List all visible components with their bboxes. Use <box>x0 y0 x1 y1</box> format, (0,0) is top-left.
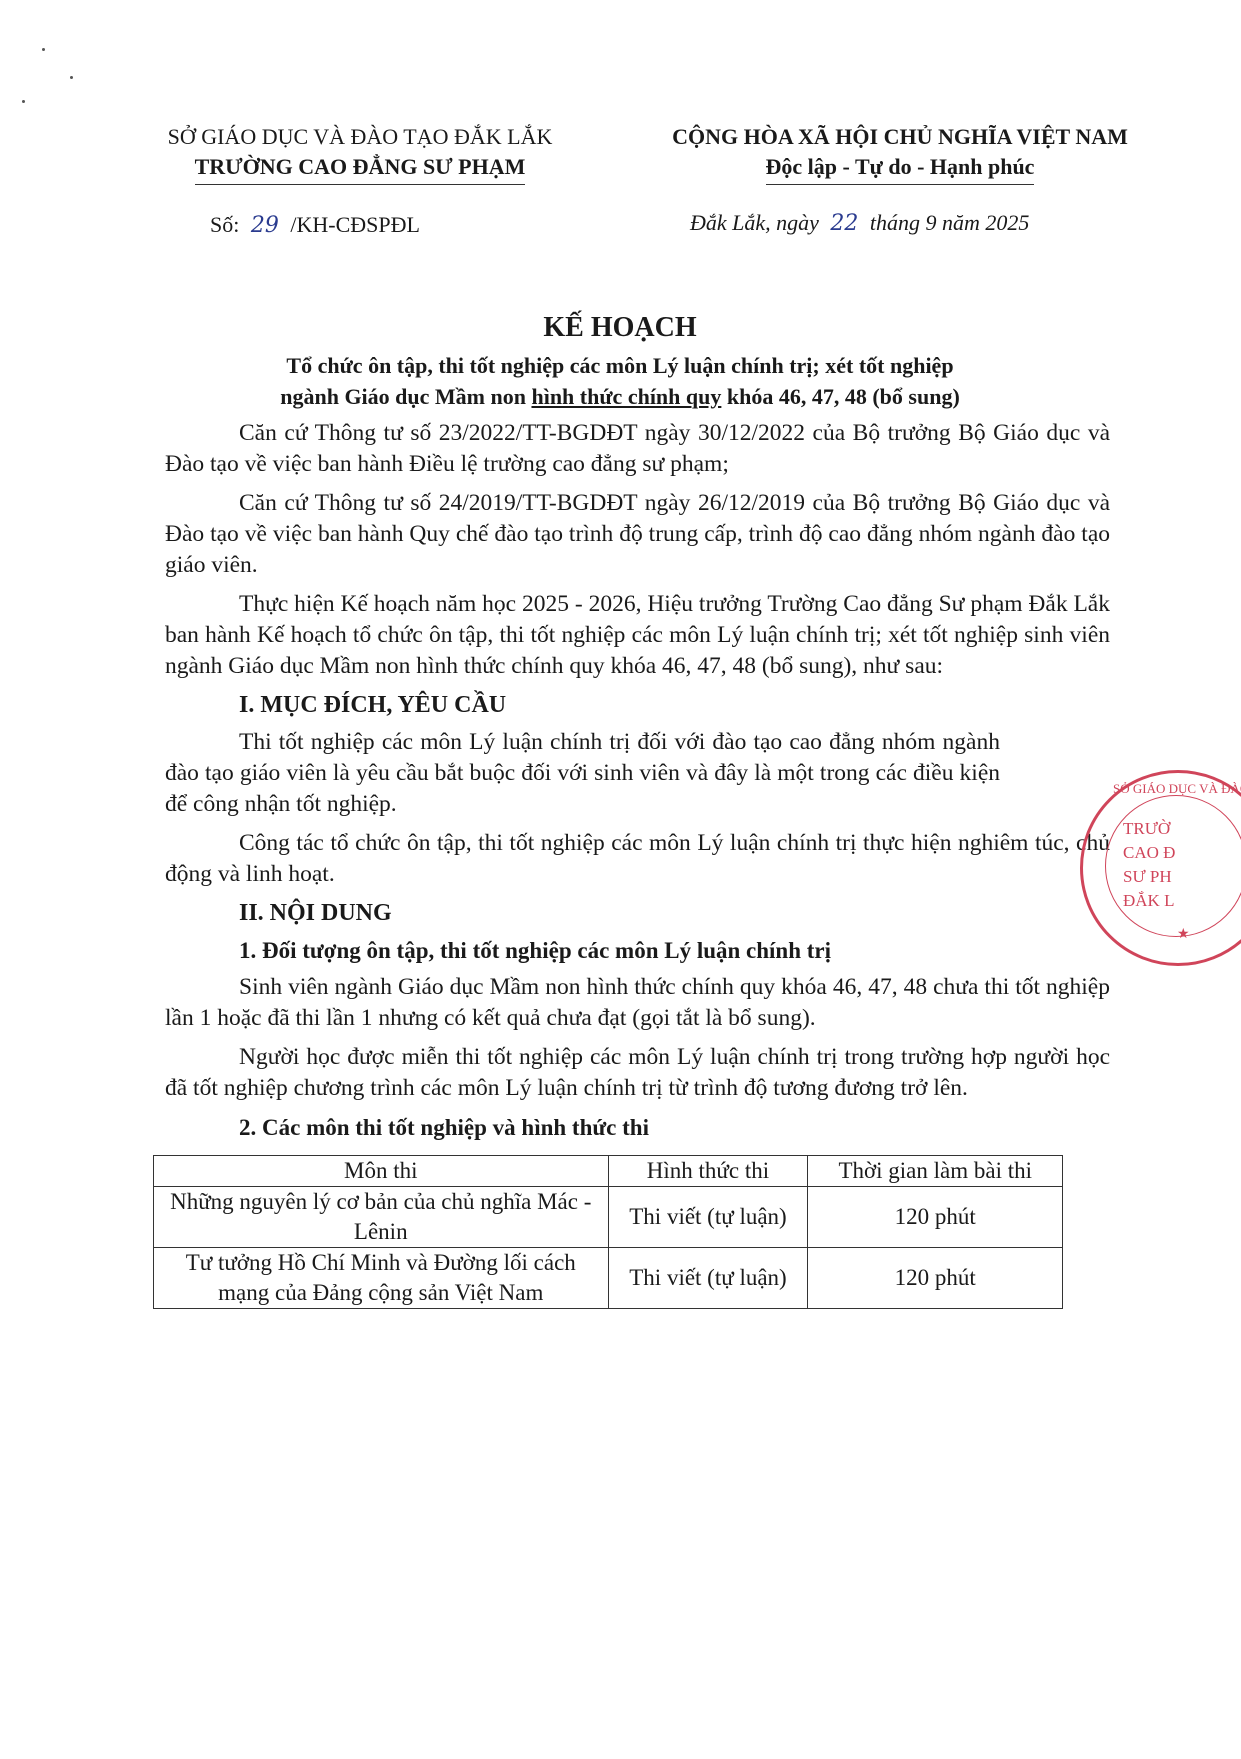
seal-star-icon: ★ <box>1177 923 1190 947</box>
column-header: Hình thức thi <box>608 1156 808 1187</box>
table-row: Những nguyên lý cơ bản của chủ nghĩa Mác… <box>154 1187 1063 1248</box>
exam-table: Môn thi Hình thức thi Thời gian làm bài … <box>153 1155 1063 1309</box>
exam-format: Thi viết (tự luận) <box>608 1248 808 1309</box>
seal-line: CAO Đ <box>1123 841 1175 865</box>
issuing-agency-header: SỞ GIÁO DỤC VÀ ĐÀO TẠO ĐẮK LẮK TRƯỜNG CA… <box>130 122 590 185</box>
legal-basis-1: Căn cứ Thông tư số 23/2022/TT-BGDĐT ngày… <box>165 418 1110 480</box>
scan-speck <box>42 48 45 51</box>
document-title: KẾ HOẠCH <box>150 312 1090 344</box>
scan-speck <box>22 100 25 103</box>
date-prefix: Đắk Lắk, ngày <box>690 210 819 235</box>
subtitle-underlined: hình thức chính quy <box>531 384 721 409</box>
seal-line: SƯ PH <box>1123 865 1172 889</box>
section-1-paragraph-2: Công tác tổ chức ôn tập, thi tốt nghiệp … <box>165 828 1110 890</box>
document-subtitle: Tổ chức ôn tập, thi tốt nghiệp các môn L… <box>150 350 1090 412</box>
intro-paragraph: Thực hiện Kế hoạch năm học 2025 - 2026, … <box>165 589 1110 682</box>
table-row: Tư tưởng Hồ Chí Minh và Đường lối cách m… <box>154 1248 1063 1309</box>
doc-number-label: Số: <box>210 212 239 237</box>
exam-subject: Những nguyên lý cơ bản của chủ nghĩa Mác… <box>154 1187 609 1248</box>
school-name: TRƯỜNG CAO ĐẲNG SƯ PHẠM <box>195 152 526 185</box>
subtitle-part: ngành Giáo dục Mầm non <box>280 384 531 409</box>
national-header: CỘNG HÒA XÃ HỘI CHỦ NGHĨA VIỆT NAM Độc l… <box>620 122 1180 185</box>
exam-duration: 120 phút <box>808 1248 1063 1309</box>
table-header-row: Môn thi Hình thức thi Thời gian làm bài … <box>154 1156 1063 1187</box>
subtitle-line-2: ngành Giáo dục Mầm non hình thức chính q… <box>150 381 1090 412</box>
subtitle-line-1: Tổ chức ôn tập, thi tốt nghiệp các môn L… <box>150 350 1090 381</box>
exam-format: Thi viết (tự luận) <box>608 1187 808 1248</box>
legal-basis-2: Căn cứ Thông tư số 24/2019/TT-BGDĐT ngày… <box>165 488 1110 581</box>
subsection-1-paragraph-1: Sinh viên ngành Giáo dục Mầm non hình th… <box>165 972 1110 1034</box>
subtitle-part: khóa 46, 47, 48 (bổ sung) <box>721 384 959 409</box>
date-day-handwritten: 22 <box>824 211 864 236</box>
section-1-heading: I. MỤC ĐÍCH, YÊU CẦU <box>165 690 1110 721</box>
document-date: Đắk Lắk, ngày 22 tháng 9 năm 2025 <box>690 210 1029 236</box>
section-2-heading: II. NỘI DUNG <box>165 898 1110 929</box>
seal-line: ĐẮK L <box>1123 889 1174 913</box>
scan-speck <box>70 76 73 79</box>
department-name: SỞ GIÁO DỤC VÀ ĐÀO TẠO ĐẮK LẮK <box>130 122 590 152</box>
subsection-1-heading: 1. Đối tượng ôn tập, thi tốt nghiệp các … <box>165 935 1110 966</box>
exam-duration: 120 phút <box>808 1187 1063 1248</box>
doc-number-code: /KH-CĐSPĐL <box>290 212 420 237</box>
subsection-2-heading: 2. Các môn thi tốt nghiệp và hình thức t… <box>165 1112 1110 1143</box>
document-body: Căn cứ Thông tư số 23/2022/TT-BGDĐT ngày… <box>165 418 1110 1309</box>
seal-ring-text: SỞ GIÁO DỤC VÀ ĐÀO <box>1113 777 1241 801</box>
country-name: CỘNG HÒA XÃ HỘI CHỦ NGHĨA VIỆT NAM <box>620 122 1180 152</box>
column-header: Môn thi <box>154 1156 609 1187</box>
section-1-paragraph-1: Thi tốt nghiệp các môn Lý luận chính trị… <box>165 727 1110 820</box>
date-suffix: tháng 9 năm 2025 <box>870 210 1030 235</box>
doc-number-handwritten: 29 <box>245 213 285 238</box>
exam-subject: Tư tưởng Hồ Chí Minh và Đường lối cách m… <box>154 1248 609 1309</box>
column-header: Thời gian làm bài thi <box>808 1156 1063 1187</box>
subsection-1-paragraph-2: Người học được miễn thi tốt nghiệp các m… <box>165 1042 1110 1104</box>
national-motto: Độc lập - Tự do - Hạnh phúc <box>766 152 1035 185</box>
document-number: Số: 29 /KH-CĐSPĐL <box>210 212 420 238</box>
seal-line: TRƯỜ <box>1123 817 1170 841</box>
